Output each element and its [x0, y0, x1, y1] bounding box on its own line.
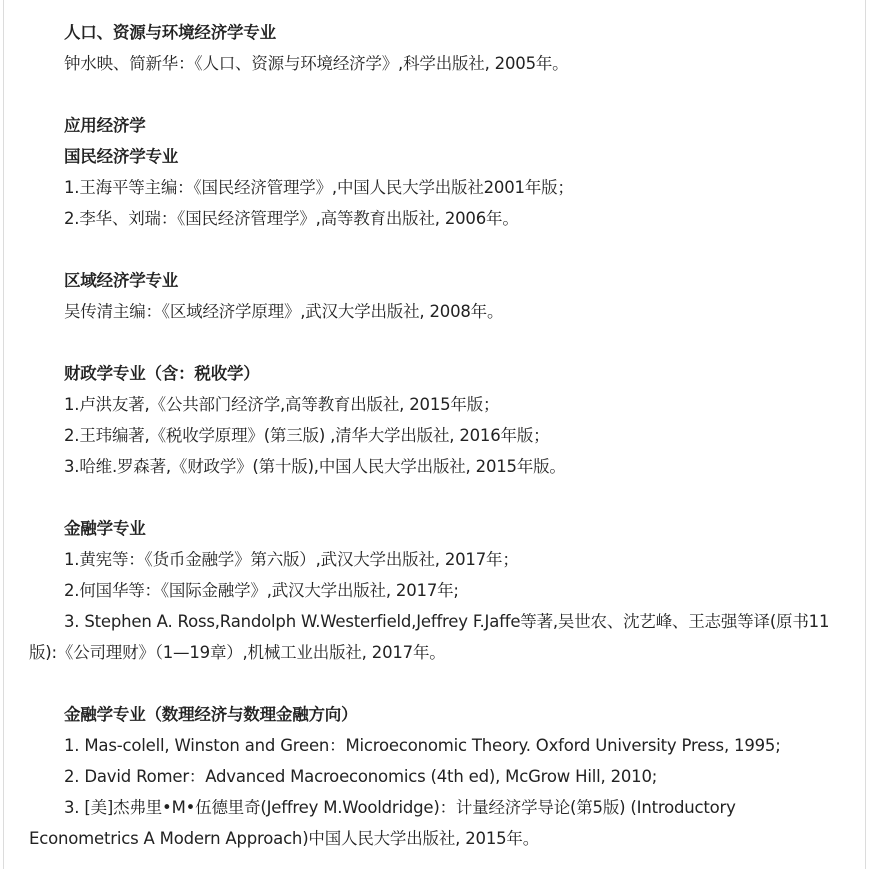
reference-item: 3. [美]杰弗里•M•伍德里奇(Jeffrey M.Wooldridge)：计…	[29, 792, 839, 854]
reference-item: 钟水映、简新华：《人口、资源与环境经济学》,科学出版社, 2005年。	[29, 48, 839, 79]
spacer	[29, 668, 839, 699]
reference-item: 3.哈维.罗森著,《财政学》(第十版),中国人民大学出版社, 2015年版。	[29, 451, 839, 482]
spacer	[29, 482, 839, 513]
section-heading: 财政学专业（含：税收学）	[29, 358, 839, 389]
reference-item: 1.王海平等主编：《国民经济管理学》,中国人民大学出版社2001年版；	[29, 172, 839, 203]
spacer	[29, 327, 839, 358]
reference-item: 3. Stephen A. Ross,Randolph W.Westerfiel…	[29, 606, 839, 668]
section-heading: 金融学专业	[29, 513, 839, 544]
section-heading: 应用经济学	[29, 110, 839, 141]
spacer	[29, 79, 839, 110]
reference-item: 1.卢洪友著,《公共部门经济学,高等教育出版社, 2015年版；	[29, 389, 839, 420]
section-heading: 金融学专业（数理经济与数理金融方向）	[29, 699, 839, 730]
reference-item: 1.黄宪等：《货币金融学》第六版）,武汉大学出版社, 2017年；	[29, 544, 839, 575]
section-heading: 区域经济学专业	[29, 265, 839, 296]
reference-item: 2.李华、刘瑞：《国民经济管理学》,高等教育出版社, 2006年。	[29, 203, 839, 234]
reference-item: 2.王玮编著,《税收学原理》(第三版) ,清华大学出版社, 2016年版；	[29, 420, 839, 451]
reference-item: 2.何国华等：《国际金融学》,武汉大学出版社, 2017年;	[29, 575, 839, 606]
reference-item: 2. David Romer：Advanced Macroeconomics (…	[29, 761, 839, 792]
section-heading: 人口、资源与环境经济学专业	[29, 17, 839, 48]
reference-item: 吴传清主编：《区域经济学原理》,武汉大学出版社, 2008年。	[29, 296, 839, 327]
section-subheading: 国民经济学专业	[29, 141, 839, 172]
reference-item: 1. Mas-colell, Winston and Green：Microec…	[29, 730, 839, 761]
spacer	[29, 234, 839, 265]
reference-list: 人口、资源与环境经济学专业 钟水映、简新华：《人口、资源与环境经济学》,科学出版…	[29, 17, 839, 854]
